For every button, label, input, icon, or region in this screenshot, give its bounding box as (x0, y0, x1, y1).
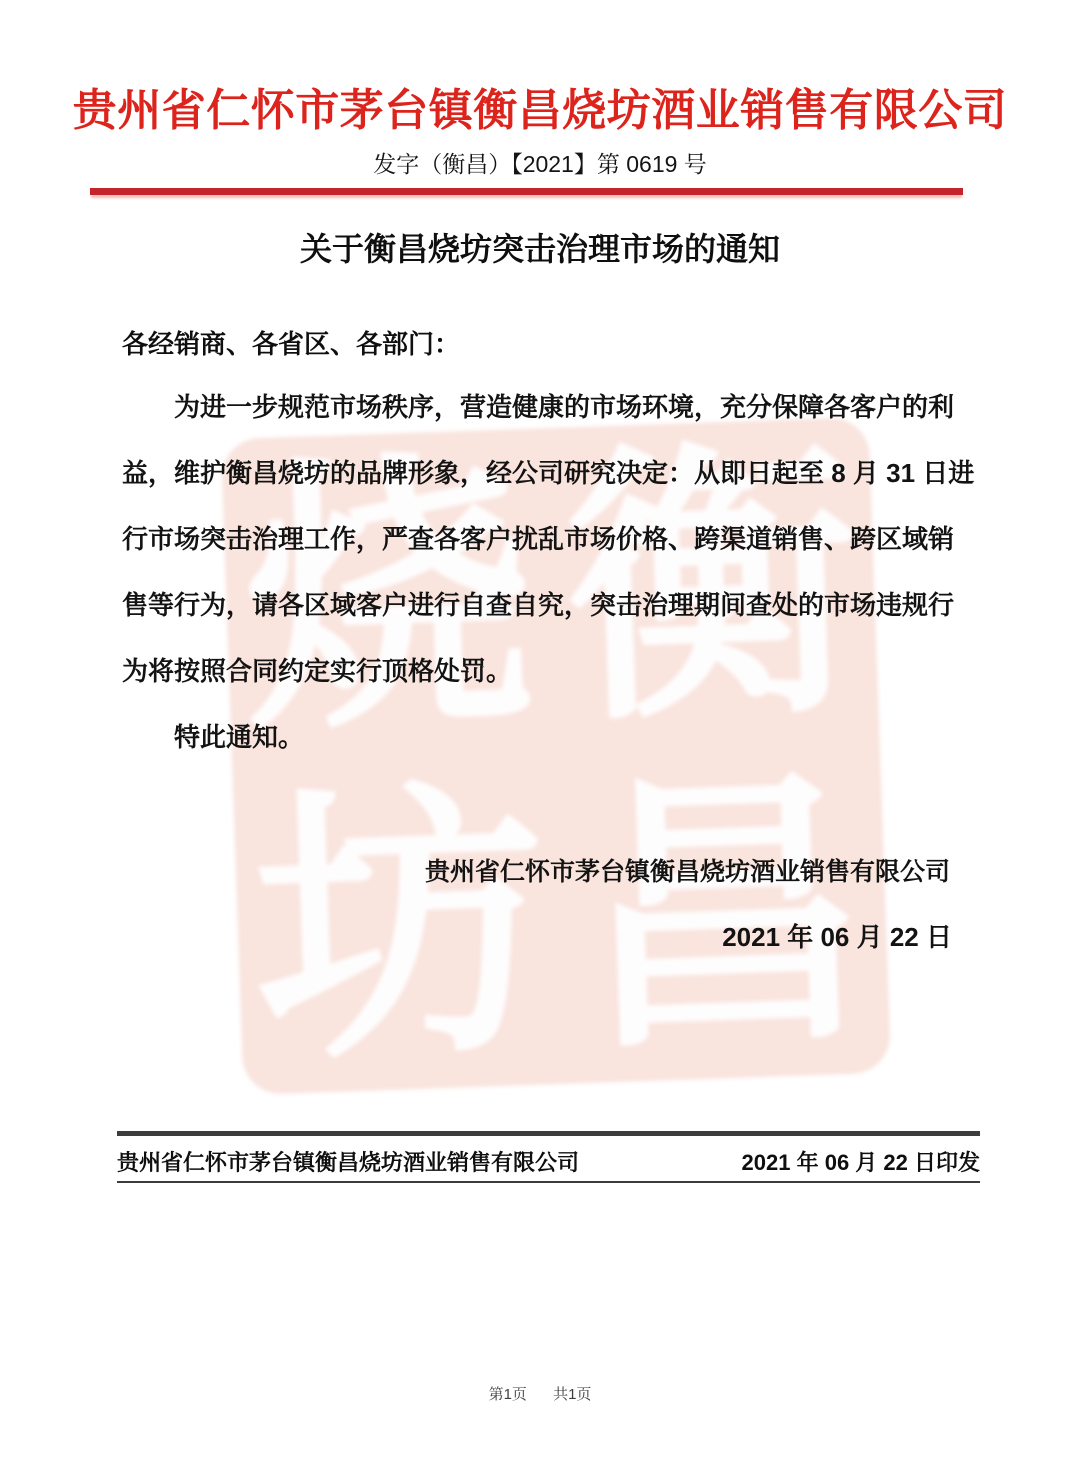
notice-title: 关于衡昌烧坊突击治理市场的通知 (0, 224, 1080, 270)
colophon-rule-bottom (117, 1181, 980, 1183)
document-page: 烧 衡 坊 昌 贵州省仁怀市茅台镇衡昌烧坊酒业销售有限公司 发字（衡昌）【202… (0, 0, 1080, 1465)
colophon-issue-date: 2021 年 06 月 22 日印发 (742, 1146, 980, 1177)
letterhead-company-title: 贵州省仁怀市茅台镇衡昌烧坊酒业销售有限公司 (0, 74, 1080, 138)
seal-char-chang: 昌 (574, 764, 874, 1064)
body-line: 行市场突击治理工作，严查各客户扰乱市场价格、跨渠道销售、跨区域销 (122, 506, 962, 572)
page-indicator: 第1页 共1页 (0, 1383, 1080, 1404)
body-line: 售等行为，请各区域客户进行自查自究，突击治理期间查处的市场违规行 (122, 572, 962, 638)
body-line-closing: 特此通知。 (122, 704, 962, 770)
body-line: 益，维护衡昌烧坊的品牌形象，经公司研究决定：从即日起至 8 月 31 日进 (122, 440, 962, 506)
body-line: 为将按照合同约定实行顶格处罚。 (122, 638, 962, 704)
colophon-issuer: 贵州省仁怀市茅台镇衡昌烧坊酒业销售有限公司 (117, 1146, 579, 1177)
notice-salutation: 各经销商、各省区、各部门： (122, 324, 460, 361)
body-line: 为进一步规范市场秩序，营造健康的市场环境，充分保障各客户的利 (122, 374, 962, 440)
letterhead-red-rule (90, 188, 963, 195)
colophon-rule-top (117, 1131, 980, 1136)
document-number: 发字（衡昌）【2021】第 0619 号 (0, 146, 1080, 179)
colophon-row: 贵州省仁怀市茅台镇衡昌烧坊酒业销售有限公司 2021 年 06 月 22 日印发 (117, 1143, 980, 1179)
seal-char-fang: 坊 (250, 776, 550, 1076)
current-page-label: 第1页 (489, 1386, 527, 1403)
notice-body: 为进一步规范市场秩序，营造健康的市场环境，充分保障各客户的利 益，维护衡昌烧坊的… (122, 374, 962, 770)
signature-date: 2021 年 06 月 22 日 (722, 917, 952, 954)
signature-company: 贵州省仁怀市茅台镇衡昌烧坊酒业销售有限公司 (425, 852, 950, 888)
total-pages-label: 共1页 (553, 1386, 591, 1403)
